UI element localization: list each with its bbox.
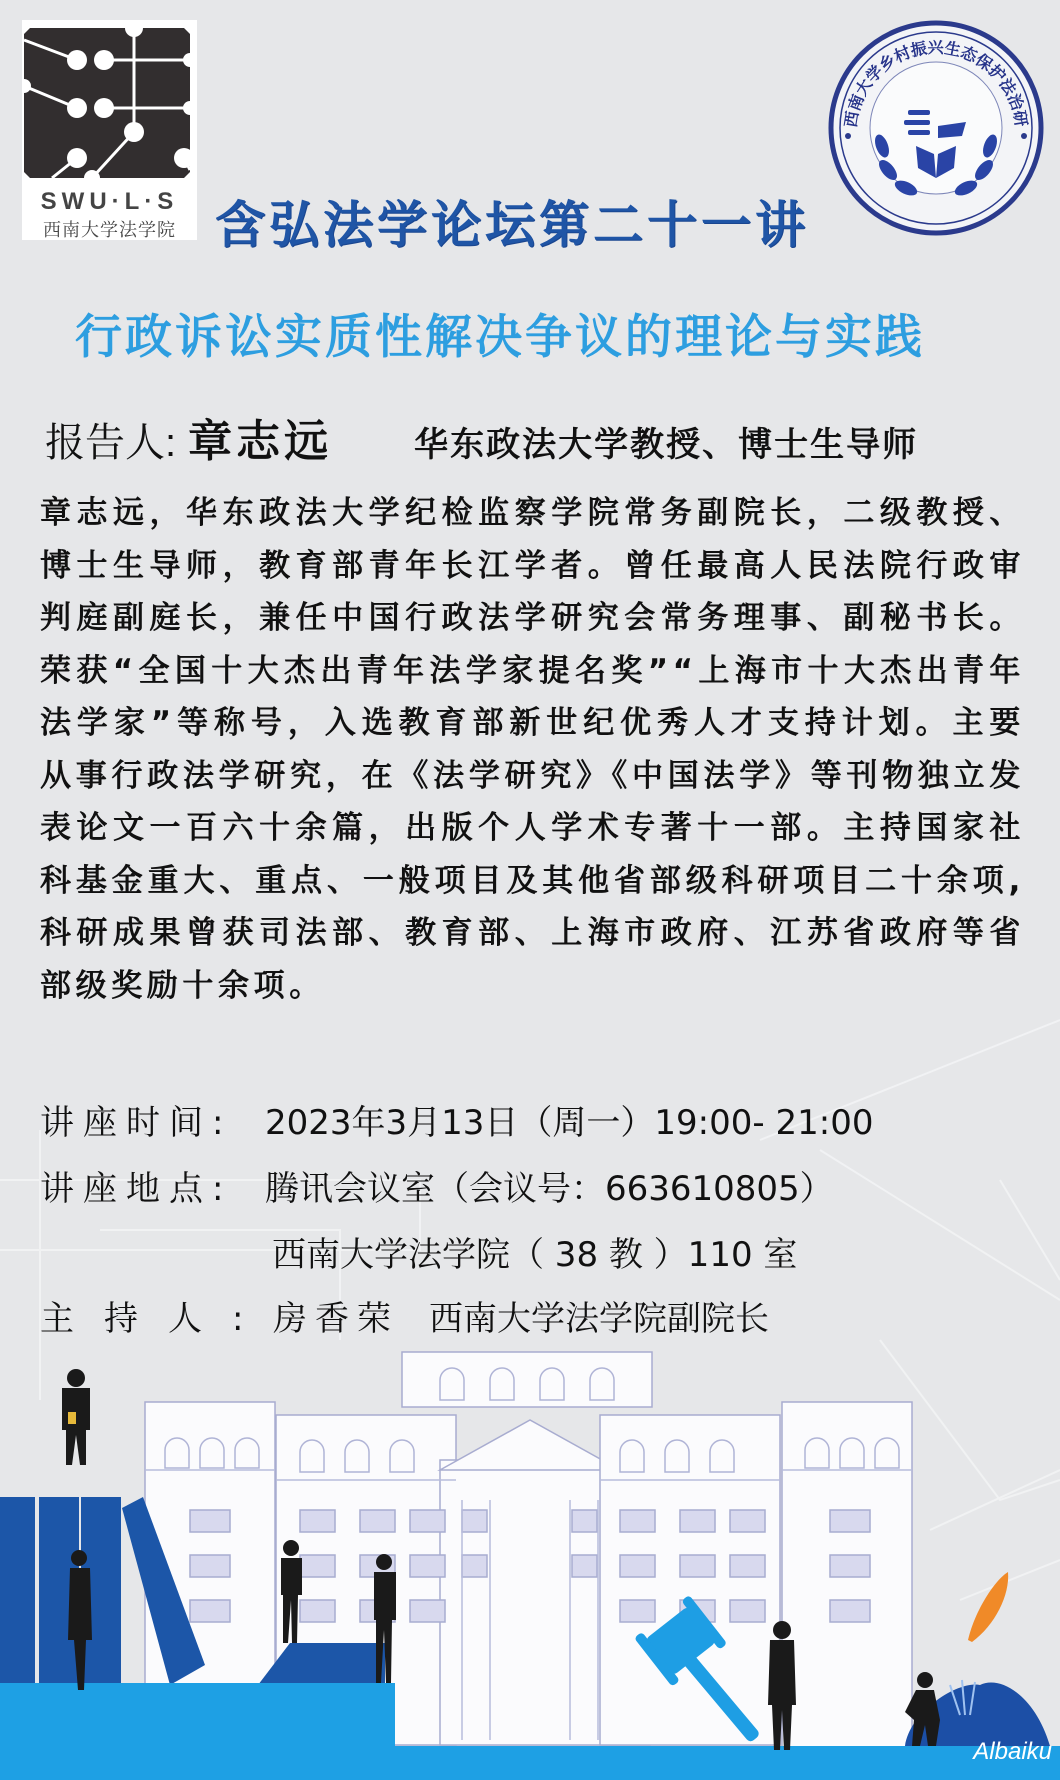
host-title: 西南大学法学院副院长 <box>429 1291 769 1340</box>
speaker-name: 章志远 <box>188 405 332 469</box>
lecture-location-offline-row: 西南大学法学院（ 38 教 ）110 室 <box>40 1227 1020 1287</box>
watermark: Albaiku <box>973 1738 1052 1766</box>
speaker-title: 华东政法大学教授、博士生导师 <box>414 417 918 466</box>
speaker-bio: 章志远，华东政法大学纪检监察学院常务副院长，二级教授、博士生导师，教育部青年长江… <box>40 487 1025 1012</box>
location-online: 腾讯会议室（会议号：663610805） <box>265 1161 834 1210</box>
time-value: 2023年3月13日（周一）19:00- 21:00 <box>265 1095 873 1144</box>
speaker-label: 报告人: <box>45 411 176 468</box>
location-offline: 西南大学法学院（ 38 教 ）110 室 <box>272 1227 797 1276</box>
research-team-seal: 西南大学乡村振兴生态保护法治研究团队 <box>826 18 1046 238</box>
swuls-logo-icon <box>22 20 197 185</box>
lecture-location-row: 讲座地点: 腾讯会议室（会议号：663610805） <box>40 1161 1020 1227</box>
time-label: 讲座时间: <box>40 1095 265 1144</box>
lecture-details: 讲座时间: 2023年3月13日（周一）19:00- 21:00 讲座地点: 腾… <box>40 1095 1020 1357</box>
lecture-time-row: 讲座时间: 2023年3月13日（周一）19:00- 21:00 <box>40 1095 1020 1161</box>
quill-icon <box>968 1572 1008 1642</box>
research-team-seal-icon: 西南大学乡村振兴生态保护法治研究团队 <box>826 18 1046 238</box>
host-label: 主持人: <box>40 1291 265 1340</box>
logo-school-name: 西南大学法学院 <box>22 216 197 242</box>
lecture-topic-title: 行政诉讼实质性解决争议的理论与实践 <box>75 300 925 367</box>
bottom-illustration: Albaiku <box>0 1340 1060 1780</box>
lecture-series-title: 含弘法学论坛第二十一讲 <box>215 185 809 257</box>
speaker-line: 报告人: 章志远 华东政法大学教授、博士生导师 <box>45 405 918 469</box>
swuls-logo: SWU·L·S 西南大学法学院 <box>22 20 197 240</box>
logo-abbreviation: SWU·L·S <box>22 188 197 216</box>
location-label: 讲座地点: <box>40 1161 265 1210</box>
host-name: 房香荣 <box>273 1291 399 1340</box>
